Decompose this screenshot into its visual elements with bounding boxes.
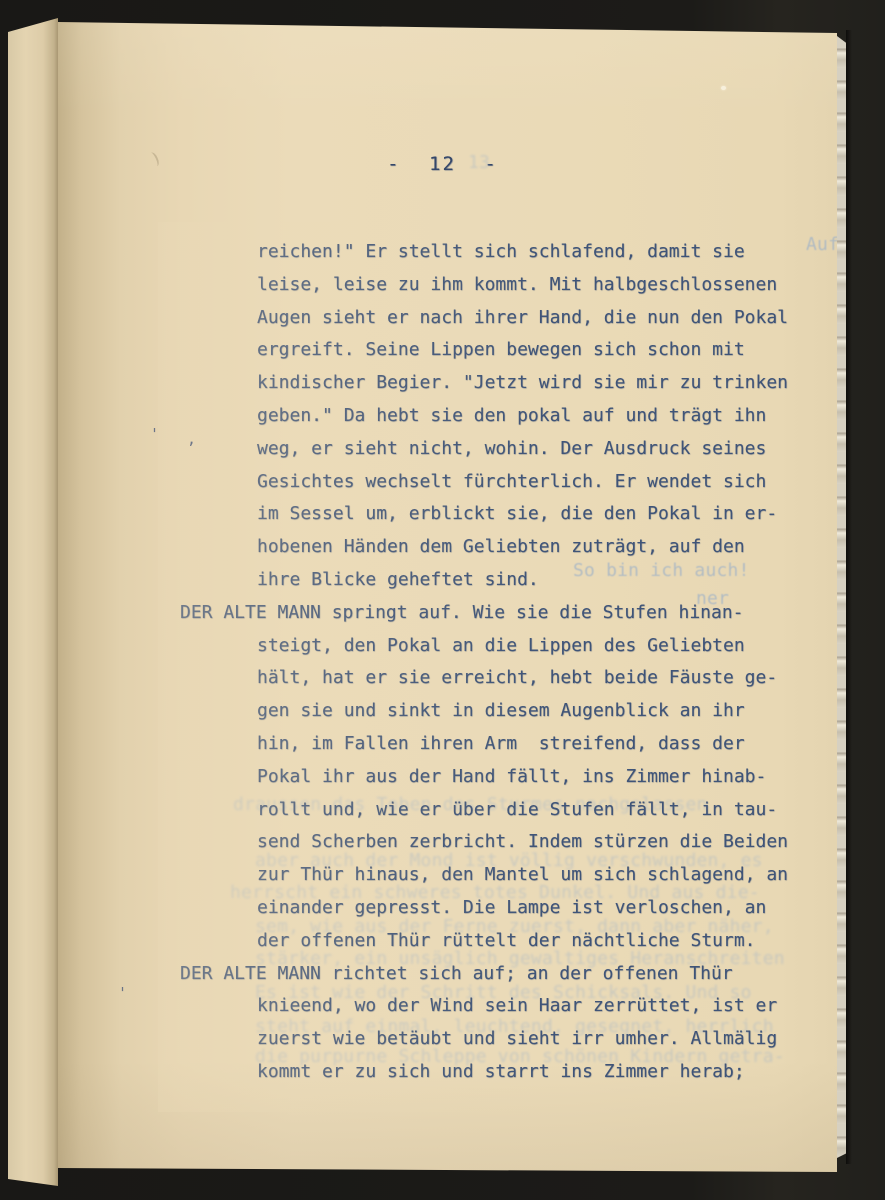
page-number: - 12 - (53, 153, 832, 175)
typed-line: leise, leise zu ihm kommt. Mit halbgesch… (180, 269, 820, 302)
typed-line: DER ALTE MANN springt auf. Wie sie die S… (180, 597, 820, 630)
page-stack-shadow (846, 30, 852, 1164)
typed-line: kindischer Begier. "Jetzt wird sie mir z… (180, 367, 820, 400)
margin-ink-mark: ' (150, 425, 159, 443)
typed-line: im Sessel um, erblickt sie, die den Poka… (180, 498, 820, 531)
adjacent-page-edge (8, 18, 58, 1186)
typed-text-block: reichen!" Er stellt sich schlafend, dami… (180, 236, 820, 1089)
paper-speck (721, 86, 726, 90)
typed-line: ergreift. Seine Lippen bewegen sich scho… (180, 334, 820, 367)
typed-line: weg, er sieht nicht, wohin. Der Ausdruck… (180, 433, 820, 466)
typed-line: Pokal ihr aus der Hand fällt, ins Zimmer… (180, 761, 820, 794)
page-stack-edge (837, 36, 846, 1158)
typed-line: hin, im Fallen ihren Arm streifend, dass… (180, 728, 820, 761)
typed-line: der offenen Thür rüttelt der nächtliche … (180, 925, 820, 958)
typed-line: kommt er zu sich und starrt ins Zimmer h… (180, 1056, 820, 1089)
typed-line: gen sie und sinkt in diesem Augenblick a… (180, 695, 820, 728)
margin-ink-mark: ' (118, 984, 127, 1002)
typed-line: rollt und, wie er über die Stufen fällt,… (180, 794, 820, 827)
typed-line: hobenen Händen dem Geliebten zuträgt, au… (180, 531, 820, 564)
typed-line: zuerst wie betäubt und sieht irr umher. … (180, 1023, 820, 1056)
document-page: - 12 - 13AufSo bin ich auch!nerdraussen … (58, 22, 837, 1176)
book-scan: - 12 - 13AufSo bin ich auch!nerdraussen … (0, 0, 885, 1200)
typed-line: Augen sieht er nach ihrer Hand, die nun … (180, 302, 820, 335)
typed-line: einander gepresst. Die Lampe ist verlosc… (180, 892, 820, 925)
typed-line: reichen!" Er stellt sich schlafend, dami… (180, 236, 820, 269)
typed-line: ihre Blicke geheftet sind. (180, 564, 820, 597)
typed-line: hält, hat er sie erreicht, hebt beide Fä… (180, 662, 820, 695)
typed-line: knieend, wo der Wind sein Haar zerrüttet… (180, 990, 820, 1023)
ghost-line: 13 (468, 152, 490, 173)
typed-line: DER ALTE MANN richtet sich auf; an der o… (180, 958, 820, 991)
typed-line: zur Thür hinaus, den Mantel um sich schl… (180, 859, 820, 892)
typed-line: Gesichtes wechselt fürchterlich. Er wend… (180, 466, 820, 499)
typed-line: send Scherben zerbricht. Indem stürzen d… (180, 826, 820, 859)
margin-ink-mark: , (187, 430, 196, 448)
typed-line: steigt, den Pokal an die Lippen des Geli… (180, 630, 820, 663)
typed-line: geben." Da hebt sie den pokal auf und tr… (180, 400, 820, 433)
